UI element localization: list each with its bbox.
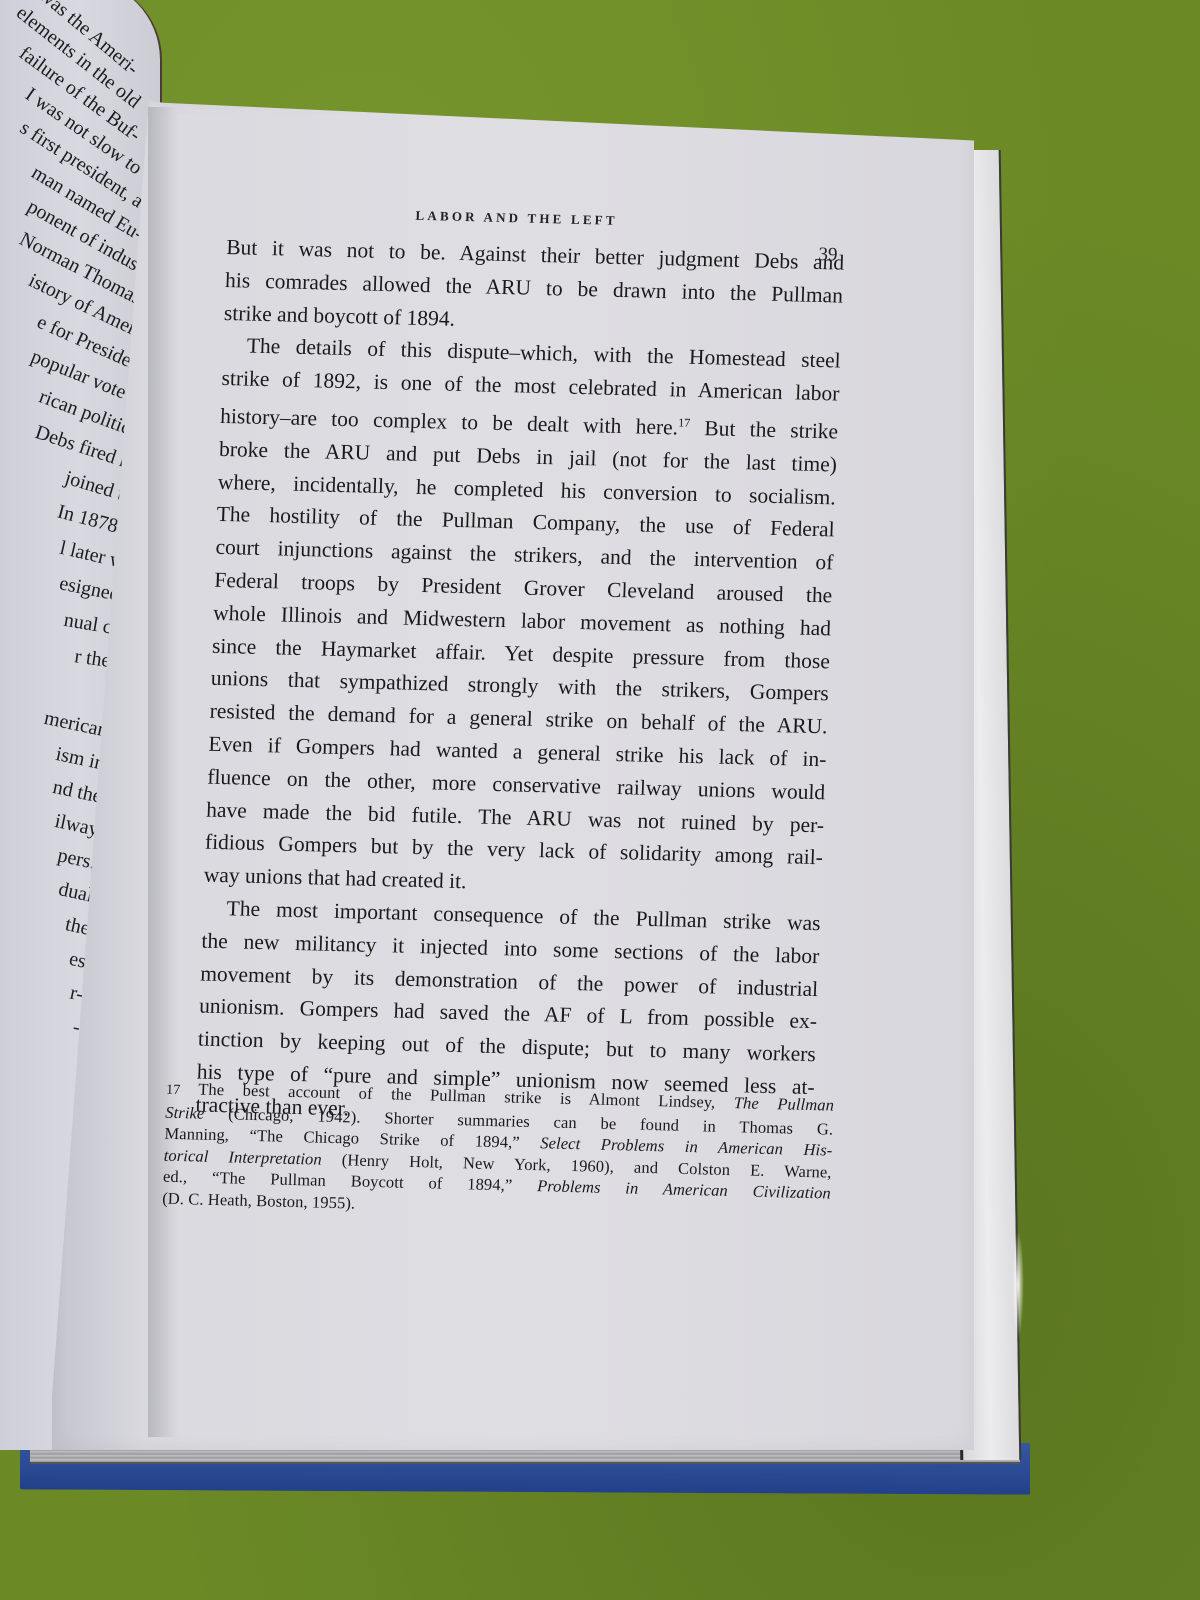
left-page-text-line: merican bbox=[42, 707, 110, 743]
body-text: But it was not to be. Against their bett… bbox=[195, 231, 845, 1137]
left-page-text-line: dual bbox=[56, 878, 94, 908]
footnote-reference: 17 bbox=[678, 415, 690, 429]
light-glare bbox=[1012, 1230, 1024, 1340]
left-page-text-line: ilway bbox=[52, 810, 100, 842]
paragraph: But it was not to be. Against their bett… bbox=[223, 231, 844, 345]
paragraph: The details of this dispute–which, with … bbox=[203, 329, 841, 907]
footnote-17: 17 The best account of the Pullman strik… bbox=[162, 1078, 834, 1226]
footnote-number: 17 bbox=[166, 1083, 199, 1099]
left-page-text-line: ism in bbox=[53, 743, 106, 776]
left-page-text-line: nd the bbox=[50, 776, 103, 809]
page-gutter bbox=[148, 107, 178, 1437]
left-page-text-line: pers. bbox=[55, 844, 97, 874]
